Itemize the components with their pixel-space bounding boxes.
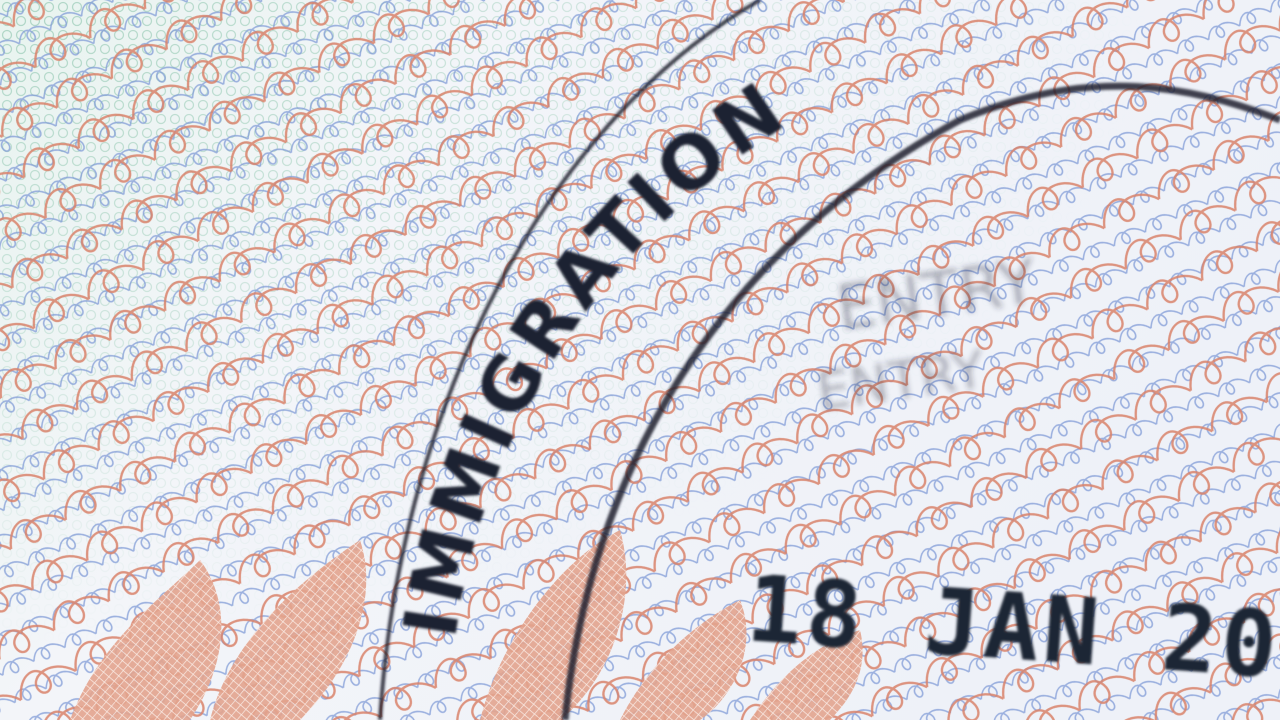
stamp-text-layer: IMMIGRATION 18 JAN 20	[0, 0, 1280, 720]
stamp-date: 18 JAN 20	[743, 555, 1280, 699]
passport-page-photo: ENTRY ENTRY IMMIGRATION 18 JAN 20	[0, 0, 1280, 720]
stamp-arc-text: IMMIGRATION	[388, 64, 803, 643]
